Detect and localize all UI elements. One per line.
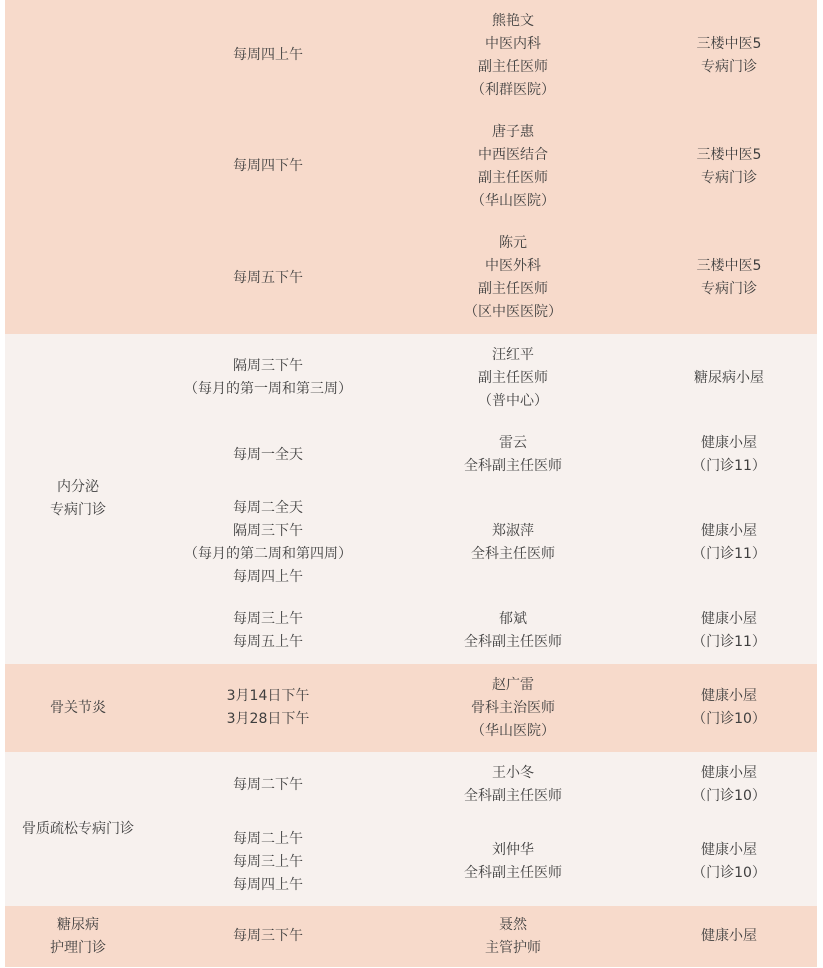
location-cell: 健康小屋 （门诊10） (641, 818, 817, 906)
time-cell: 每周二全天 隔周三下午 （每月的第二周和第四周） 每周四上午 (151, 488, 385, 598)
doctor-cell: 汪红平 副主任医师 （普中心） (385, 334, 641, 422)
category-cell: 糖尿病 护理门诊 (5, 906, 151, 967)
time-cell: 隔周三下午 （每月的第一周和第三周） (151, 334, 385, 422)
time-cell: 每周三下午 (151, 906, 385, 967)
doctor-name: 陈元 (499, 232, 527, 255)
doctor-cell: 聂然 主管护师 (385, 906, 641, 967)
time-cell: 每周二下午 (151, 752, 385, 818)
table-row: 隔周三下午 （每月的第一周和第三周） 汪红平 副主任医师 （普中心） 糖尿病小屋 (151, 334, 817, 422)
category-cell: 骨质疏松专病门诊 (5, 752, 151, 906)
time-cell: 每周二上午 每周三上午 每周四上午 (151, 818, 385, 906)
doctor-cell: 熊艳文 中医内科 副主任医师 （利群医院） (385, 0, 641, 111)
group-endocrine: 内分泌 专病门诊 隔周三下午 （每月的第一周和第三周） 汪红平 副主任医师 （普… (5, 334, 817, 664)
time-cell: 每周一全天 (151, 422, 385, 488)
doctor-cell: 郑淑萍 全科主任医师 (385, 488, 641, 598)
group-diabetes-nursing: 糖尿病 护理门诊 每周三下午 聂然 主管护师 健康小屋 (5, 906, 817, 967)
table-row: 每周三上午 每周五上午 郁斌 全科副主任医师 健康小屋 （门诊11） (151, 598, 817, 664)
time-cell: 每周三上午 每周五上午 (151, 598, 385, 664)
time-cell: 3月14日下午 3月28日下午 (151, 664, 385, 752)
doctor-cell: 王小冬 全科副主任医师 (385, 752, 641, 818)
doctor-name: 聂然 (499, 914, 527, 937)
doctor-cell: 赵广雷 骨科主治医师 （华山医院） (385, 664, 641, 752)
location-cell: 健康小屋 （门诊10） (641, 664, 817, 752)
table-row: 每周五下午 陈元 中医外科 副主任医师 （区中医医院） 三楼中医5 专病门诊 (151, 222, 817, 334)
location-cell: 健康小屋 （门诊11） (641, 422, 817, 488)
time-cell: 每周四下午 (151, 111, 385, 222)
table-row: 每周二下午 王小冬 全科副主任医师 健康小屋 （门诊10） (151, 752, 817, 818)
table-row: 3月14日下午 3月28日下午 赵广雷 骨科主治医师 （华山医院） 健康小屋 （… (151, 664, 817, 752)
location-cell: 健康小屋 (641, 906, 817, 967)
doctor-cell: 雷云 全科副主任医师 (385, 422, 641, 488)
doctor-name: 唐子惠 (492, 121, 534, 144)
category-cell: 内分泌 专病门诊 (5, 334, 151, 664)
time-cell: 每周四上午 (151, 0, 385, 111)
location-cell: 三楼中医5 专病门诊 (641, 111, 817, 222)
category-cell: 骨关节炎 (5, 664, 151, 752)
doctor-cell: 唐子惠 中西医结合 副主任医师 （华山医院） (385, 111, 641, 222)
doctor-cell: 郁斌 全科副主任医师 (385, 598, 641, 664)
doctor-name: 雷云 (499, 432, 527, 455)
table-row: 每周三下午 聂然 主管护师 健康小屋 (151, 906, 817, 967)
group-osteoarthritis: 骨关节炎 3月14日下午 3月28日下午 赵广雷 骨科主治医师 （华山医院） 健… (5, 664, 817, 752)
doctor-name: 郑淑萍 (492, 520, 534, 543)
doctor-cell: 陈元 中医外科 副主任医师 （区中医医院） (385, 222, 641, 334)
table-row: 每周二全天 隔周三下午 （每月的第二周和第四周） 每周四上午 郑淑萍 全科主任医… (151, 488, 817, 598)
clinic-schedule-table: 每周四上午 熊艳文 中医内科 副主任医师 （利群医院） 三楼中医5 专病门诊 每… (5, 0, 817, 967)
group-osteoporosis: 骨质疏松专病门诊 每周二下午 王小冬 全科副主任医师 健康小屋 （门诊10） 每… (5, 752, 817, 906)
doctor-name: 汪红平 (492, 344, 534, 367)
table-row: 每周四上午 熊艳文 中医内科 副主任医师 （利群医院） 三楼中医5 专病门诊 (151, 0, 817, 111)
doctor-name: 赵广雷 (492, 674, 534, 697)
table-row: 每周一全天 雷云 全科副主任医师 健康小屋 （门诊11） (151, 422, 817, 488)
doctor-name: 郁斌 (499, 608, 527, 631)
group-tcm: 每周四上午 熊艳文 中医内科 副主任医师 （利群医院） 三楼中医5 专病门诊 每… (5, 0, 817, 334)
doctor-cell: 刘仲华 全科副主任医师 (385, 818, 641, 906)
doctor-name: 刘仲华 (492, 839, 534, 862)
location-cell: 三楼中医5 专病门诊 (641, 0, 817, 111)
doctor-name: 熊艳文 (492, 10, 534, 33)
table-row: 每周四下午 唐子惠 中西医结合 副主任医师 （华山医院） 三楼中医5 专病门诊 (151, 111, 817, 222)
location-cell: 健康小屋 （门诊10） (641, 752, 817, 818)
time-cell: 每周五下午 (151, 222, 385, 334)
location-cell: 健康小屋 （门诊11） (641, 598, 817, 664)
doctor-name: 王小冬 (492, 762, 534, 785)
location-cell: 健康小屋 （门诊11） (641, 488, 817, 598)
location-cell: 三楼中医5 专病门诊 (641, 222, 817, 334)
table-row: 每周二上午 每周三上午 每周四上午 刘仲华 全科副主任医师 健康小屋 （门诊10… (151, 818, 817, 906)
location-cell: 糖尿病小屋 (641, 334, 817, 422)
category-cell (5, 0, 151, 334)
